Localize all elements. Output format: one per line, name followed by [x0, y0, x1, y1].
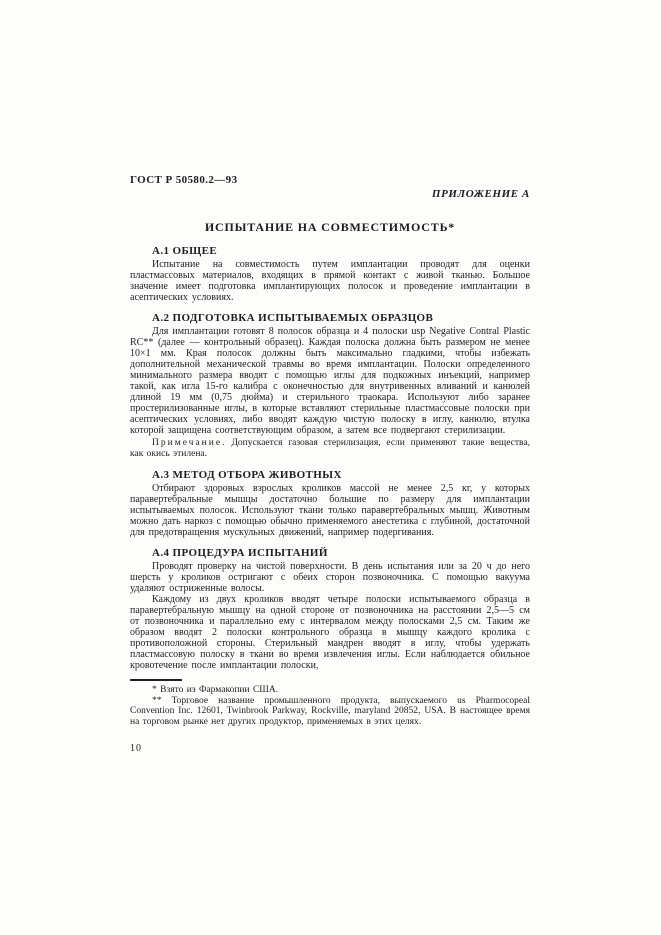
section-a4: А.4 ПРОЦЕДУРА ИСПЫТАНИЙ Проводят проверк…	[130, 547, 530, 671]
section-a2-heading: А.2 ПОДГОТОВКА ИСПЫТЫВАЕМЫХ ОБРАЗЦОВ	[130, 312, 530, 324]
document-title: ИСПЫТАНИЕ НА СОВМЕСТИМОСТЬ*	[130, 220, 530, 235]
section-a1-paragraph: Испытание на совместимость путем имплант…	[130, 259, 530, 303]
page-header: ГОСТ Р 50580.2—93 ПРИЛОЖЕНИЕ А	[130, 174, 530, 202]
section-a3: А.3 МЕТОД ОТБОРА ЖИВОТНЫХ Отбирают здоро…	[130, 469, 530, 538]
section-a2: А.2 ПОДГОТОВКА ИСПЫТЫВАЕМЫХ ОБРАЗЦОВ Для…	[130, 312, 530, 460]
section-a4-heading: А.4 ПРОЦЕДУРА ИСПЫТАНИЙ	[130, 547, 530, 559]
section-a1-heading: А.1 ОБЩЕЕ	[130, 245, 530, 257]
footnote-separator	[130, 679, 182, 681]
section-a1: А.1 ОБЩЕЕ Испытание на совместимость пут…	[130, 245, 530, 303]
document-page: ГОСТ Р 50580.2—93 ПРИЛОЖЕНИЕ А ИСПЫТАНИЕ…	[0, 0, 661, 935]
footnotes: * Взято из Фармакопии США. ** Торговое н…	[130, 679, 530, 727]
doc-code: ГОСТ Р 50580.2—93	[130, 174, 237, 186]
section-a3-heading: А.3 МЕТОД ОТБОРА ЖИВОТНЫХ	[130, 469, 530, 481]
note-label: Примечание.	[152, 438, 226, 448]
text-block: ГОСТ Р 50580.2—93 ПРИЛОЖЕНИЕ А ИСПЫТАНИЕ…	[130, 174, 530, 754]
appendix-label: ПРИЛОЖЕНИЕ А	[432, 188, 530, 200]
page-number: 10	[130, 743, 530, 754]
section-a2-paragraph: Для имплантации готовят 8 полосок образц…	[130, 326, 530, 436]
section-a4-paragraph-1: Проводят проверку на чистой поверхности.…	[130, 561, 530, 594]
section-a2-note: Примечание.Допускается газовая стерилиза…	[130, 438, 530, 460]
section-a4-paragraph-2: Каждому из двух кроликов вводят четыре п…	[130, 594, 530, 671]
footnote-1: * Взято из Фармакопии США.	[130, 685, 530, 696]
section-a3-paragraph: Отбирают здоровых взрослых кроликов масс…	[130, 483, 530, 538]
footnote-2: ** Торговое название промышленного проду…	[130, 696, 530, 728]
